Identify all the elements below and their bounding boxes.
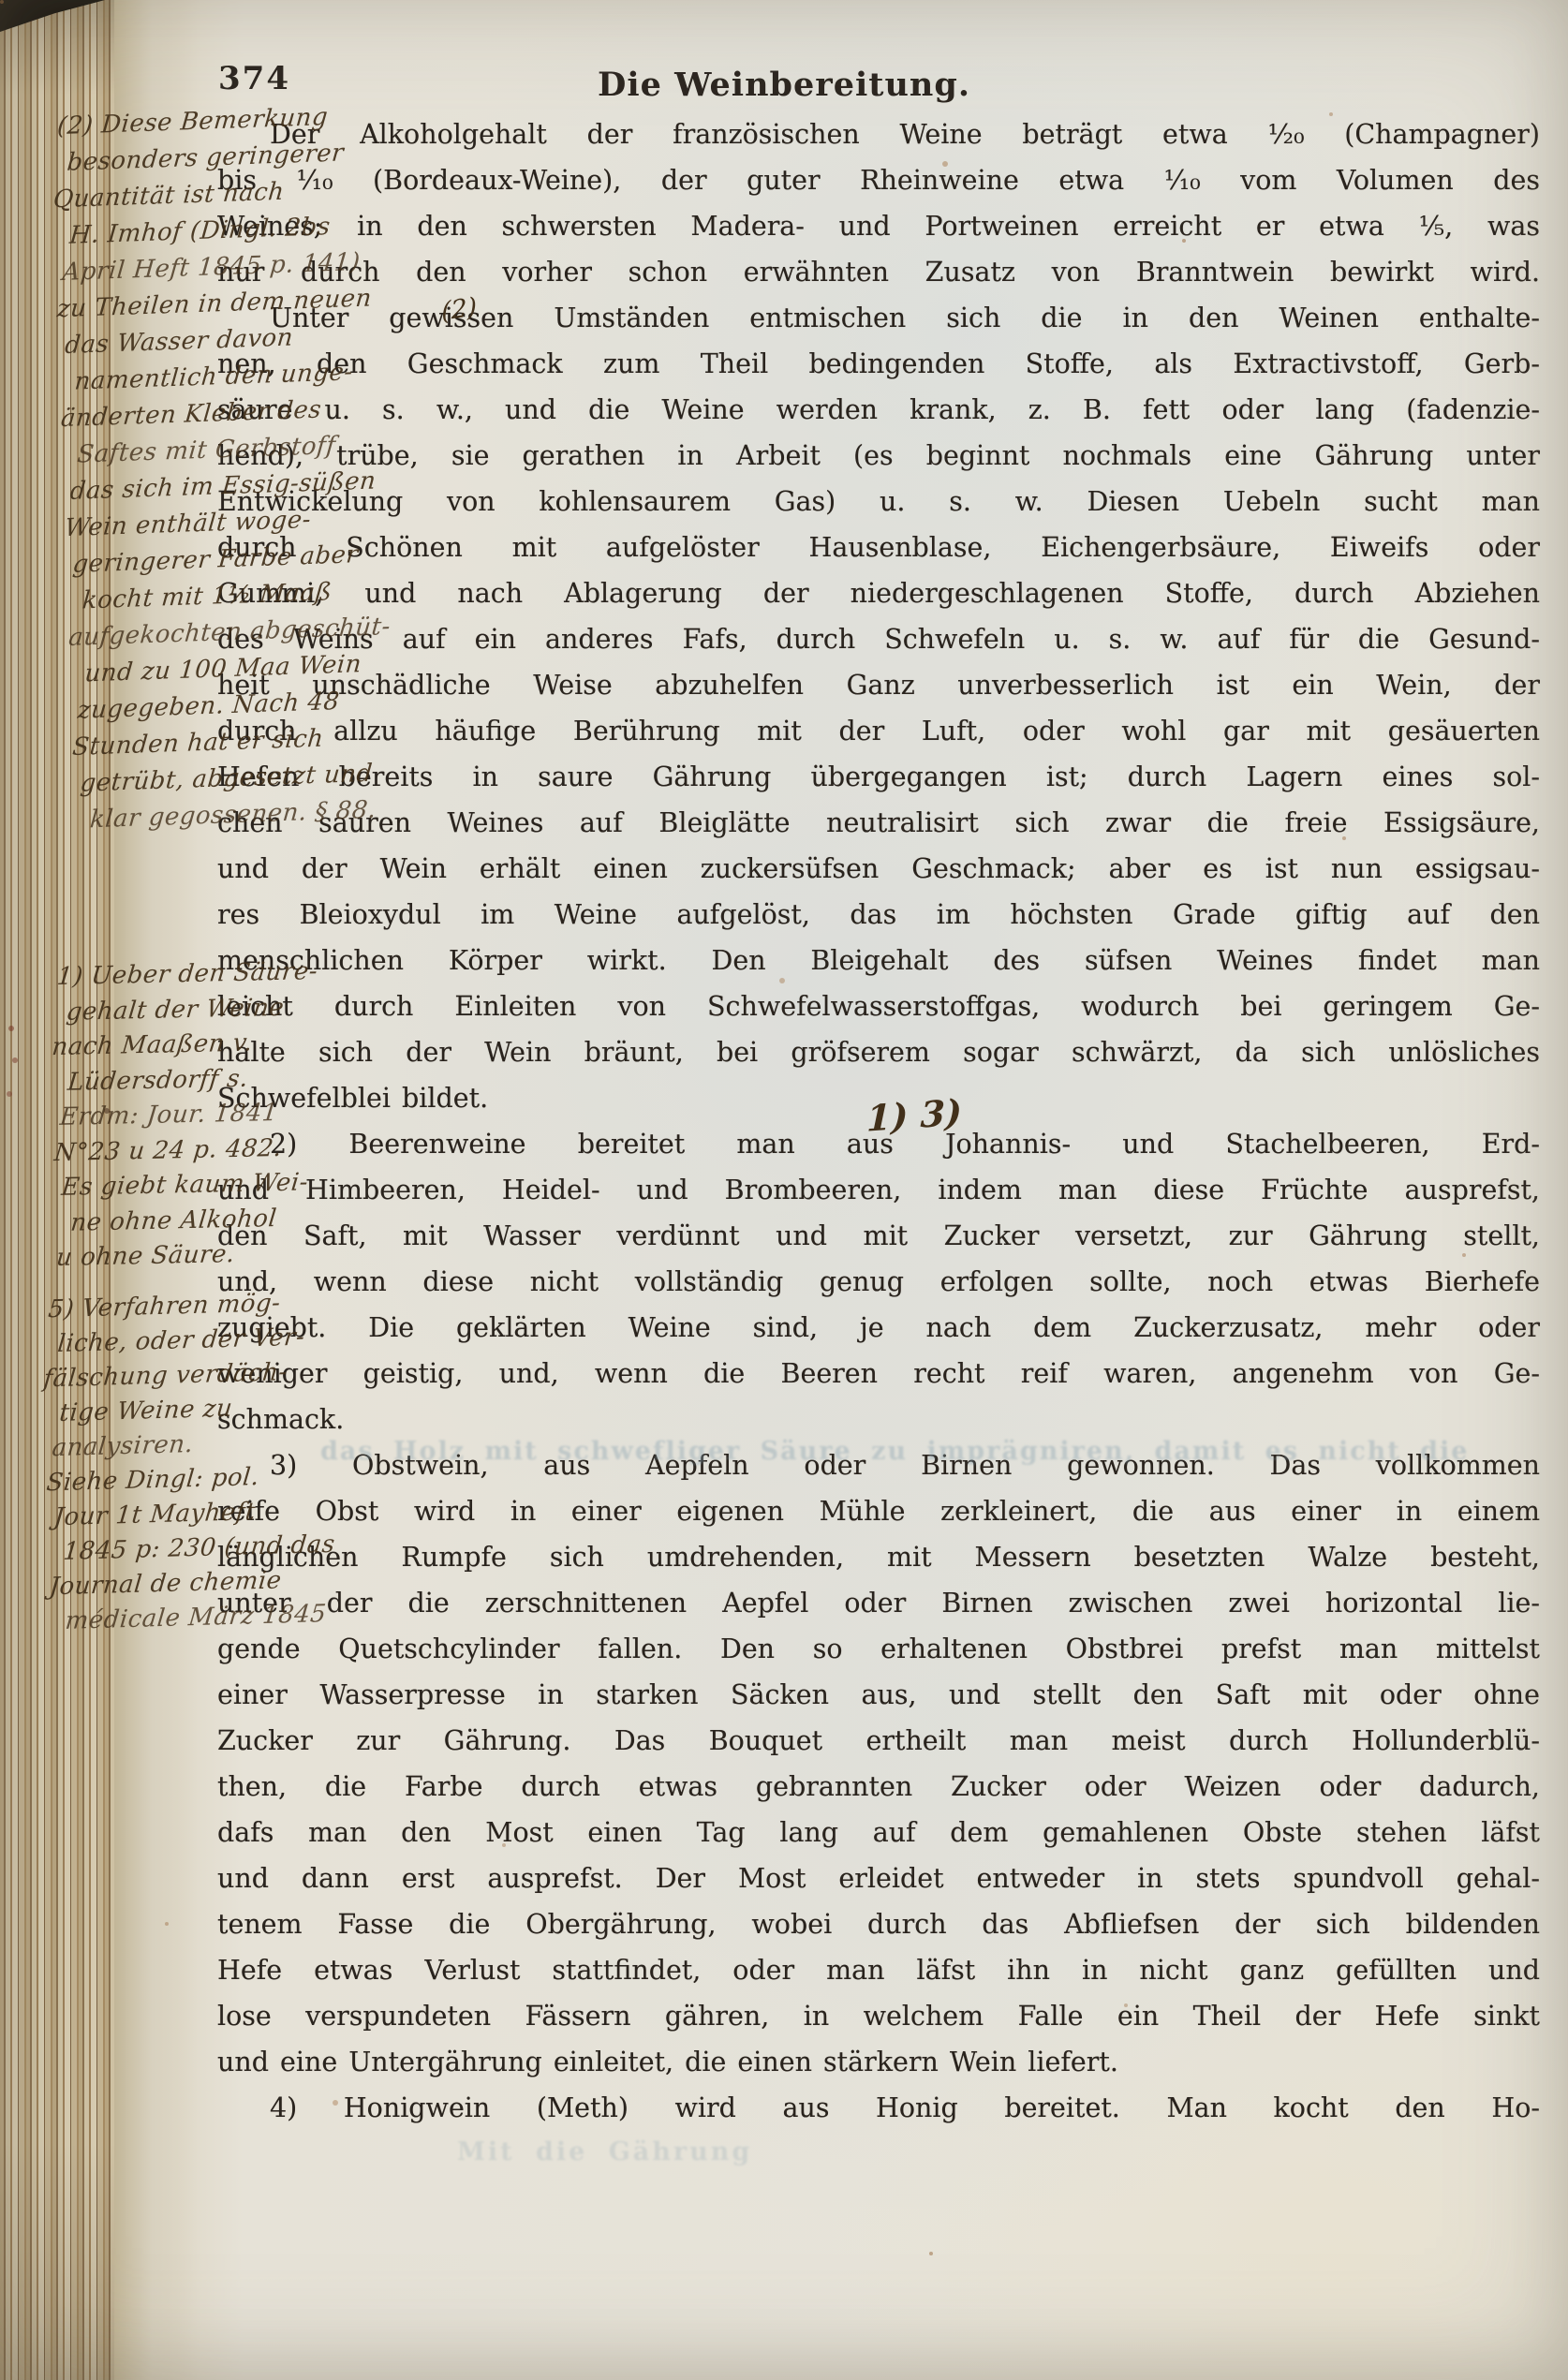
handwritten-line: N°23 u 24 p. 482. <box>52 1131 323 1172</box>
printed-line: Gummi, und nach Ablagerung der niederges… <box>217 570 1540 616</box>
handwritten-superscript-mark: (2) <box>441 292 478 326</box>
printed-line: zugiebt. Die geklärten Weine sind, je na… <box>217 1305 1540 1351</box>
printed-line: den Saft, mit Wasser verdünnt und mit Zu… <box>217 1213 1540 1259</box>
printed-line: heit unschädliche Weise abzuhelfen Ganz … <box>217 662 1540 708</box>
printed-line: weniger geistig, und, wenn die Beeren re… <box>217 1351 1540 1397</box>
printed-line: nen, den Geschmack zum Theil bedingenden… <box>217 341 1540 387</box>
handwritten-line: nach Maaßen v. <box>51 1025 321 1066</box>
printed-line: lose verspundeten Fässern gähren, in wel… <box>217 1993 1540 2039</box>
printed-line: menschlichen Körper wirkt. Den Bleigehal… <box>217 938 1540 983</box>
printed-line: halte sich der Wein bräunt, bei gröfsere… <box>217 1029 1540 1075</box>
handwritten-line: 1) Ueber den Säure- <box>55 954 319 995</box>
printed-line: 4) Honigwein (Meth) wird aus Honig berei… <box>217 2085 1540 2131</box>
book-page-scan: das Holz mit schwefliger Säure zu impräg… <box>0 0 1568 2380</box>
printed-line: then, die Farbe durch etwas gebrannten Z… <box>217 1764 1540 1810</box>
handwritten-line: Es giebt kaum Wei- <box>60 1165 324 1205</box>
handwritten-line: Erdm: Jour. 1841 <box>58 1095 322 1135</box>
printed-line: und der Wein erhält einen zuckersüfsen G… <box>217 846 1540 892</box>
verso-showthrough-text: Mit die Gährung <box>457 2137 752 2166</box>
printed-line: durch Schönen mit aufgelöster Hausenblas… <box>217 525 1540 570</box>
handwritten-line: ne ohne Alkohol <box>68 1201 324 1241</box>
handwritten-margin-note-middle: 1) Ueber den Säure-gehalt der Weinenach … <box>56 954 323 1276</box>
handwritten-footnote-marks: 1) 3) <box>866 1090 963 1139</box>
printed-line: Unter gewissen Umständen entmischen sich… <box>217 295 1540 341</box>
printed-line: tenem Fasse die Obergährung, wobei durch… <box>217 1901 1540 1947</box>
handwritten-margin-note-bottom: 5) Verfahren mög-liche, oder der Ver-fäl… <box>48 1285 337 1639</box>
printed-line: Hefe etwas Verlust stattfindet, oder man… <box>217 1947 1540 1993</box>
running-title: Die Weinbereitung. <box>598 66 970 104</box>
printed-line: gende Quetschcylinder fallen. Den so erh… <box>217 1626 1540 1672</box>
printed-line: Zucker zur Gährung. Das Bouquet ertheilt… <box>217 1718 1540 1764</box>
paper-specks <box>0 0 4 4</box>
printed-line: und, wenn diese nicht vollständig genug … <box>217 1259 1540 1305</box>
printed-line: hend), trübe, sie gerathen in Arbeit (es… <box>217 433 1540 479</box>
printed-line: und eine Untergährung einleitet, die ein… <box>217 2039 1540 2085</box>
handwritten-line: Lüdersdorff s. <box>66 1060 321 1101</box>
handwritten-line: gehalt der Weine <box>65 990 320 1030</box>
verso-showthrough-text: das Holz mit schwefliger Säure zu impräg… <box>320 1437 1470 1466</box>
printed-line: unter der die zerschnittenen Aepfel oder… <box>217 1580 1540 1626</box>
printed-line: nur durch den vorher schon erwähnten Zus… <box>217 249 1540 295</box>
printed-line: res Bleioxydul im Weine aufgelöst, das i… <box>217 892 1540 938</box>
printed-line: schmack. <box>217 1397 1540 1442</box>
printed-line: und dann erst ausprefst. Der Most erleid… <box>217 1855 1540 1901</box>
printed-line: Hefen bereits in saure Gährung übergegan… <box>217 754 1540 800</box>
printed-line: säure u. s. w., und die Weine werden kra… <box>217 387 1540 433</box>
page-number: 374 <box>218 60 290 97</box>
printed-line: und Himbeeren, Heidel- und Brombeeren, i… <box>217 1167 1540 1213</box>
printed-line: Weines; in den schwersten Madera- und Po… <box>217 203 1540 249</box>
printed-line: einer Wasserpresse in starken Säcken aus… <box>217 1672 1540 1718</box>
printed-line: bis ¹⁄₁₀ (Bordeaux-Weine), der guter Rhe… <box>217 157 1540 203</box>
printed-line: durch allzu häufige Berührung mit der Lu… <box>217 708 1540 754</box>
handwritten-margin-note-top: (2) Diese Bemerkungbesonders geringererQ… <box>56 97 397 838</box>
printed-line: chen sauren Weines auf Bleiglätte neutra… <box>217 800 1540 846</box>
printed-line: Der Alkoholgehalt der französischen Wein… <box>217 111 1540 157</box>
printed-line: länglichen Rumpfe sich umdrehenden, mit … <box>217 1534 1540 1580</box>
printed-line: Entwickelung von kohlensaurem Gas) u. s.… <box>217 479 1540 525</box>
printed-line: des Weins auf ein anderes Fafs, durch Sc… <box>217 616 1540 662</box>
printed-line: reife Obst wird in einer eigenen Mühle z… <box>217 1488 1540 1534</box>
handwritten-line: u ohne Säure. <box>54 1235 325 1277</box>
printed-line: leicht durch Einleiten von Schwefelwasse… <box>217 983 1540 1029</box>
printed-line: dafs man den Most einen Tag lang auf dem… <box>217 1810 1540 1855</box>
